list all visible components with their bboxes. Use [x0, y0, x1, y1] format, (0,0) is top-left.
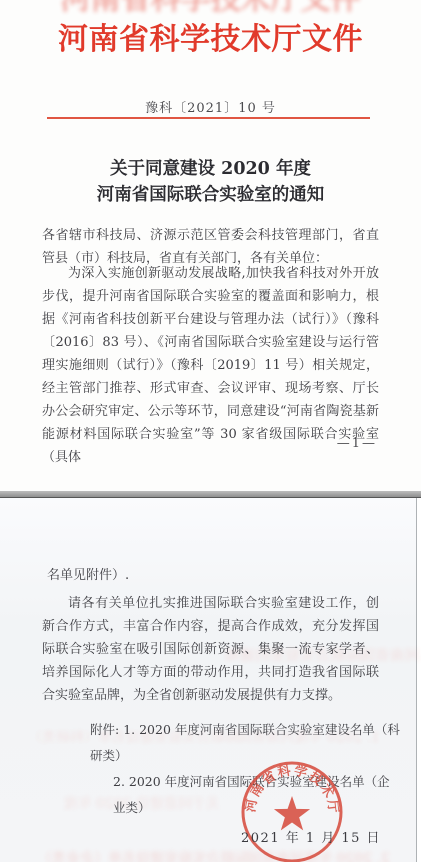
notice-title-line1: 关于同意建设 2020 年度: [110, 159, 311, 179]
paragraph-2: 请各有关单位扎实推进国际联合实验室建设工作，创新合作方式，丰富合作内容，提高合作…: [42, 592, 379, 707]
masthead-title: 河南省科学技术厅文件: [0, 14, 421, 58]
page-number-1: —1—: [337, 436, 377, 451]
red-rule-divider: [47, 117, 370, 119]
notice-title: 关于同意建设 2020 年度 河南省国际联合实验室的通知: [0, 156, 421, 208]
page-edge-shadow: [416, 498, 421, 862]
page-2: 河南省国际联合实验室的通知 1. 2020 年度河南省国际联合实验室建设名单（科…: [0, 498, 421, 862]
attachment-label: 附件:: [90, 722, 119, 737]
doc-number: 豫科〔2021〕10 号: [0, 97, 421, 116]
notice-title-line2: 河南省国际联合实验室的通知: [97, 185, 325, 205]
seal-star-icon: [274, 796, 310, 830]
official-seal: 河南省科学技术厅: [236, 760, 348, 862]
page-1: 河南省科学技术厅文件 河南省科学技术厅文件 豫科〔2021〕10 号 关于同意建…: [0, 0, 421, 492]
paragraph-1: 为深入实施创新驱动发展战略,加快我省科技对外开放步伐，提升河南省国际联合实验室的…: [42, 262, 379, 469]
paragraph-1-continuation: 名单见附件）.: [47, 564, 377, 587]
scanned-document: 河南省科学技术厅文件 河南省科学技术厅文件 豫科〔2021〕10 号 关于同意建…: [0, 0, 421, 862]
issue-date: 2021 年 1 月 15 日: [241, 827, 381, 846]
attachment-1-text: 1. 2020 年度河南省国际联合实验室建设名单（科研类）: [90, 722, 400, 763]
page-divider: [0, 491, 421, 498]
